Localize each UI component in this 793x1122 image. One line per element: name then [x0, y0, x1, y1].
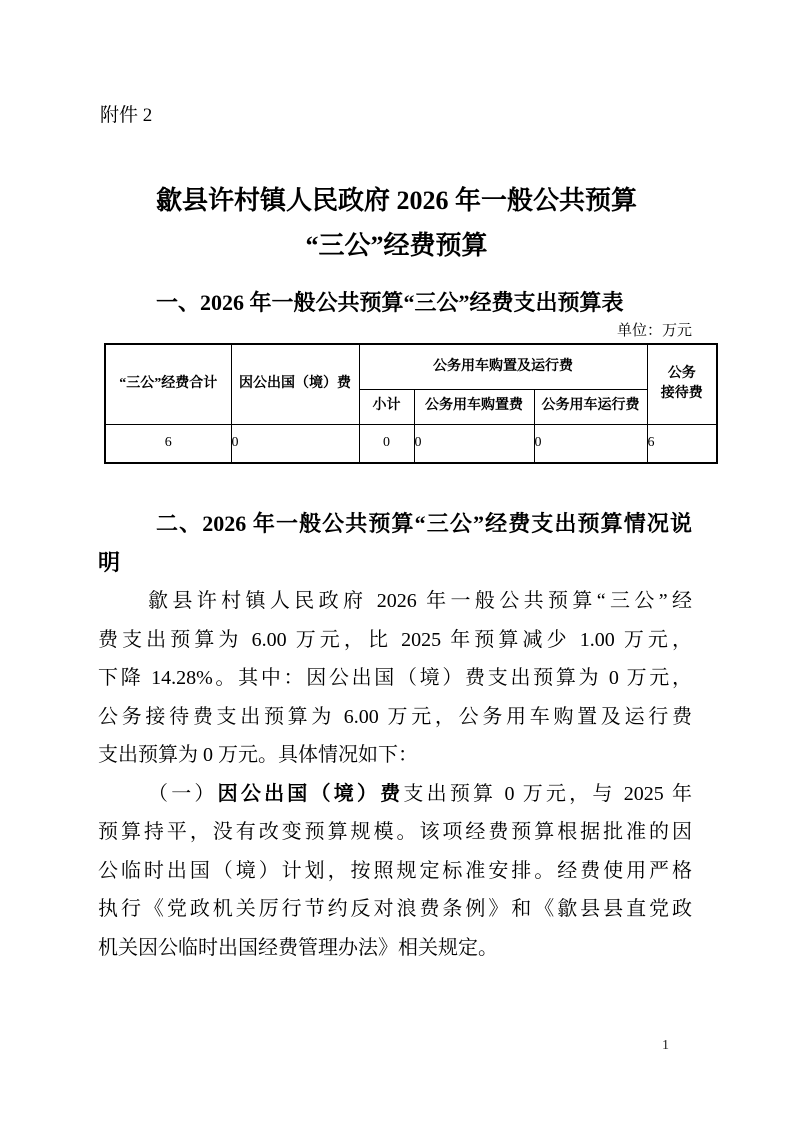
paragraph-line: 歙县许村镇人民政府 2026 年一般公共预算“三公”经: [98, 582, 692, 621]
paragraph-line: 下降 14.28%。其中：因公出国（境）费支出预算为 0 万元，: [98, 659, 692, 698]
paragraph-line: 支出预算为 0 万元。具体情况如下：: [98, 736, 692, 775]
document-page: 附件 2 歙县许村镇人民政府 2026 年一般公共预算 “三公”经费预算 一、2…: [0, 0, 793, 1122]
cell-reception: 6: [647, 424, 717, 463]
paragraph-line: 机关因公临时出国经费管理办法》相关规定。: [98, 929, 692, 968]
section1-heading: 一、2026 年一般公共预算“三公”经费支出预算表: [98, 286, 692, 317]
paragraph-line: 公务接待费支出预算为 6.00 万元，公务用车购置及运行费: [98, 698, 692, 737]
section2-heading-line2: 明: [98, 544, 692, 583]
item-title-bold: 因公出国（境）费: [218, 783, 404, 805]
attachment-label: 附件 2: [100, 100, 152, 127]
document-title-line2: “三公”经费预算: [0, 223, 793, 268]
header-reception-line1: 公务: [648, 364, 717, 384]
paragraph-line: 费支出预算为 6.00 万元，比 2025 年预算减少 1.00 万元，: [98, 621, 692, 660]
unit-label: 单位：万元: [98, 319, 692, 340]
document-title: 歙县许村镇人民政府 2026 年一般公共预算 “三公”经费预算: [0, 178, 793, 268]
section2-body: 二、2026 年一般公共预算“三公”经费支出预算情况说 明 歙县许村镇人民政府 …: [98, 505, 692, 967]
header-vehicle-group: 公务用车购置及运行费: [359, 344, 647, 389]
item-text: 支出预算 0 万元，与 2025 年: [403, 783, 692, 805]
header-abroad: 因公出国（境）费: [231, 344, 359, 424]
three-public-budget-table: “三公”经费合计 因公出国（境）费 公务用车购置及运行费 公务 接待费 小计 公…: [104, 343, 718, 464]
header-vehicle-purchase: 公务用车购置费: [414, 389, 534, 424]
header-vehicle-subtotal: 小计: [359, 389, 414, 424]
cell-vehicle-operation: 0: [534, 424, 647, 463]
header-reception-line2: 接待费: [648, 384, 717, 404]
cell-vehicle-subtotal: 0: [359, 424, 414, 463]
page-number: 1: [662, 1038, 669, 1054]
paragraph-line: 执行《党政机关厉行节约反对浪费条例》和《歙县县直党政: [98, 890, 692, 929]
header-reception: 公务 接待费: [647, 344, 717, 424]
document-title-line1: 歙县许村镇人民政府 2026 年一般公共预算: [0, 178, 793, 223]
paragraph-line: （一）因公出国（境）费支出预算 0 万元，与 2025 年: [98, 775, 692, 814]
cell-vehicle-purchase: 0: [414, 424, 534, 463]
cell-total: 6: [105, 424, 231, 463]
table-row: 6 0 0 0 0 6: [105, 424, 717, 463]
item-number: （一）: [148, 783, 218, 805]
paragraph-line: 公临时出国（境）计划，按照规定标准安排。经费使用严格: [98, 852, 692, 891]
section2-heading-line1: 二、2026 年一般公共预算“三公”经费支出预算情况说: [98, 505, 692, 544]
cell-abroad: 0: [231, 424, 359, 463]
header-vehicle-operation: 公务用车运行费: [534, 389, 647, 424]
paragraph-line: 预算持平，没有改变预算规模。该项经费预算根据批准的因: [98, 813, 692, 852]
header-total: “三公”经费合计: [105, 344, 231, 424]
